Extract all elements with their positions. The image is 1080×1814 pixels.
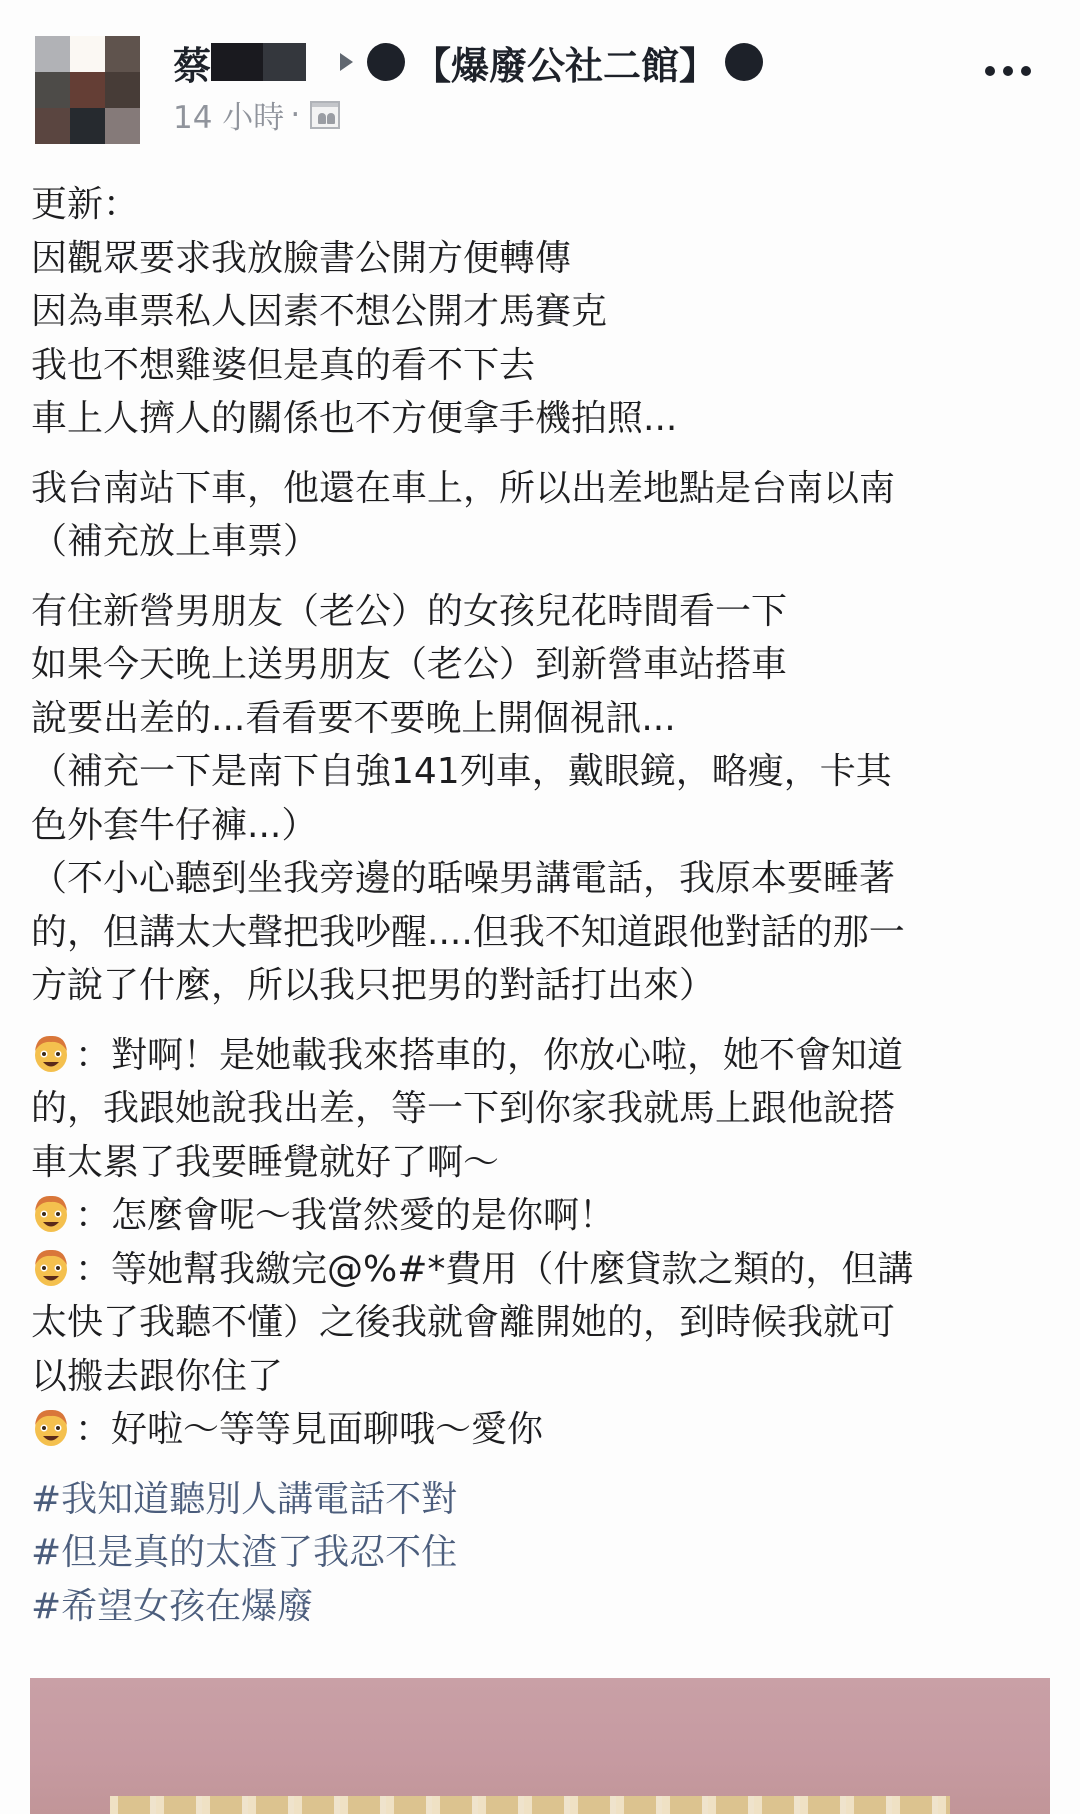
dialogue-line: ：對啊！是她載我來搭車的，你放心啦，她不會知道 [31,1029,1061,1083]
arrow-right-icon [340,53,353,71]
attached-photo[interactable] [30,1678,1050,1814]
text-line: 因為車票私人因素不想公開才馬賽克 [31,285,1061,339]
more-options-icon[interactable] [985,66,1031,76]
text-line: 色外套牛仔褲...） [31,799,1061,853]
separator: · [290,97,300,133]
post-header: 蔡 【爆廢公社二館】 14 小時 · [0,0,1080,150]
text-line: 方說了什麼，所以我只把男的對話打出來） [31,959,1061,1013]
text-line: 的，我跟她說我出差，等一下到你家我就馬上跟他說搭 [31,1082,1061,1136]
text-line: 以搬去跟你住了 [31,1350,1061,1404]
black-circle-icon [367,43,405,81]
dialogue-line: ：怎麼會呢～我當然愛的是你啊！ [31,1189,1061,1243]
text-line: 太快了我聽不懂）之後我就會離開她的，到時候我就可 [31,1296,1061,1350]
dialogue-text: ：對啊！是她載我來搭車的，你放心啦，她不會知道 [75,1035,903,1076]
post-body: 更新： 因觀眾要求我放臉書公開方便轉傳 因為車票私人因素不想公開才馬賽克 我也不… [31,178,1061,1649]
timestamp[interactable]: 14 小時 [173,92,284,137]
dialogue-text: ：等她幫我繳完@%#*費用（什麼貸款之類的，但講 [75,1249,913,1290]
text-line: 的，但講太大聲把我吵醒....但我不知道跟他對話的那一 [31,906,1061,960]
paragraph-description: 有住新營男朋友（老公）的女孩兒花時間看一下 如果今天晚上送男朋友（老公）到新營車… [31,585,1061,1013]
post-meta: 14 小時 · [173,92,340,137]
group-members-icon[interactable] [310,101,340,129]
dialogue-text: ：怎麼會呢～我當然愛的是你啊！ [75,1195,615,1236]
hashtag-link[interactable]: #希望女孩在爆廢 [31,1580,1061,1634]
text-line: （補充放上車票） [31,515,1061,569]
dialogue: ：對啊！是她載我來搭車的，你放心啦，她不會知道 的，我跟她說我出差，等一下到你家… [31,1029,1061,1457]
hashtag-link[interactable]: #但是真的太渣了我忍不住 [31,1526,1061,1580]
paragraph-location: 我台南站下車，他還在車上，所以出差地點是台南以南 （補充放上車票） [31,462,1061,569]
text-line: 車上人擠人的關係也不方便拿手機拍照... [31,392,1061,446]
text-line: 我也不想雞婆但是真的看不下去 [31,339,1061,393]
dialogue-text: ：好啦～等等見面聊哦～愛你 [75,1409,543,1450]
group-name-link[interactable]: 【爆廢公社二館】 [413,35,717,90]
black-circle-icon [725,43,763,81]
text-line: 有住新營男朋友（老公）的女孩兒花時間看一下 [31,585,1061,639]
text-line: （不小心聽到坐我旁邊的聒噪男講電話，我原本要睡著 [31,852,1061,906]
author-name[interactable]: 蔡 [173,35,211,90]
text-line: 如果今天晚上送男朋友（老公）到新營車站搭車 [31,638,1061,692]
dialogue-line: ：好啦～等等見面聊哦～愛你 [31,1403,1061,1457]
paragraph-update: 更新： 因觀眾要求我放臉書公開方便轉傳 因為車票私人因素不想公開才馬賽克 我也不… [31,178,1061,446]
hashtags: #我知道聽別人講電話不對 #但是真的太渣了我忍不住 #希望女孩在爆廢 [31,1473,1061,1634]
boy-face-emoji-icon [31,1403,71,1449]
boy-face-emoji-icon [31,1189,71,1235]
text-line: 因觀眾要求我放臉書公開方便轉傳 [31,232,1061,286]
boy-face-emoji-icon [31,1029,71,1075]
text-line: 車太累了我要睡覺就好了啊～ [31,1136,1061,1190]
train-ticket-image [110,1796,950,1814]
text-line: 更新： [31,178,1061,232]
text-line: 說要出差的...看看要不要晚上開個視訊... [31,692,1061,746]
post-title-line: 蔡 【爆廢公社二館】 [173,34,763,90]
boy-face-emoji-icon [31,1243,71,1289]
redacted-name-block [211,43,306,81]
hashtag-link[interactable]: #我知道聽別人講電話不對 [31,1473,1061,1527]
avatar[interactable] [35,36,140,144]
text-line: 我台南站下車，他還在車上，所以出差地點是台南以南 [31,462,1061,516]
text-line: （補充一下是南下自強141列車，戴眼鏡，略瘦，卡其 [31,745,1061,799]
dialogue-line: ：等她幫我繳完@%#*費用（什麼貸款之類的，但講 [31,1243,1061,1297]
